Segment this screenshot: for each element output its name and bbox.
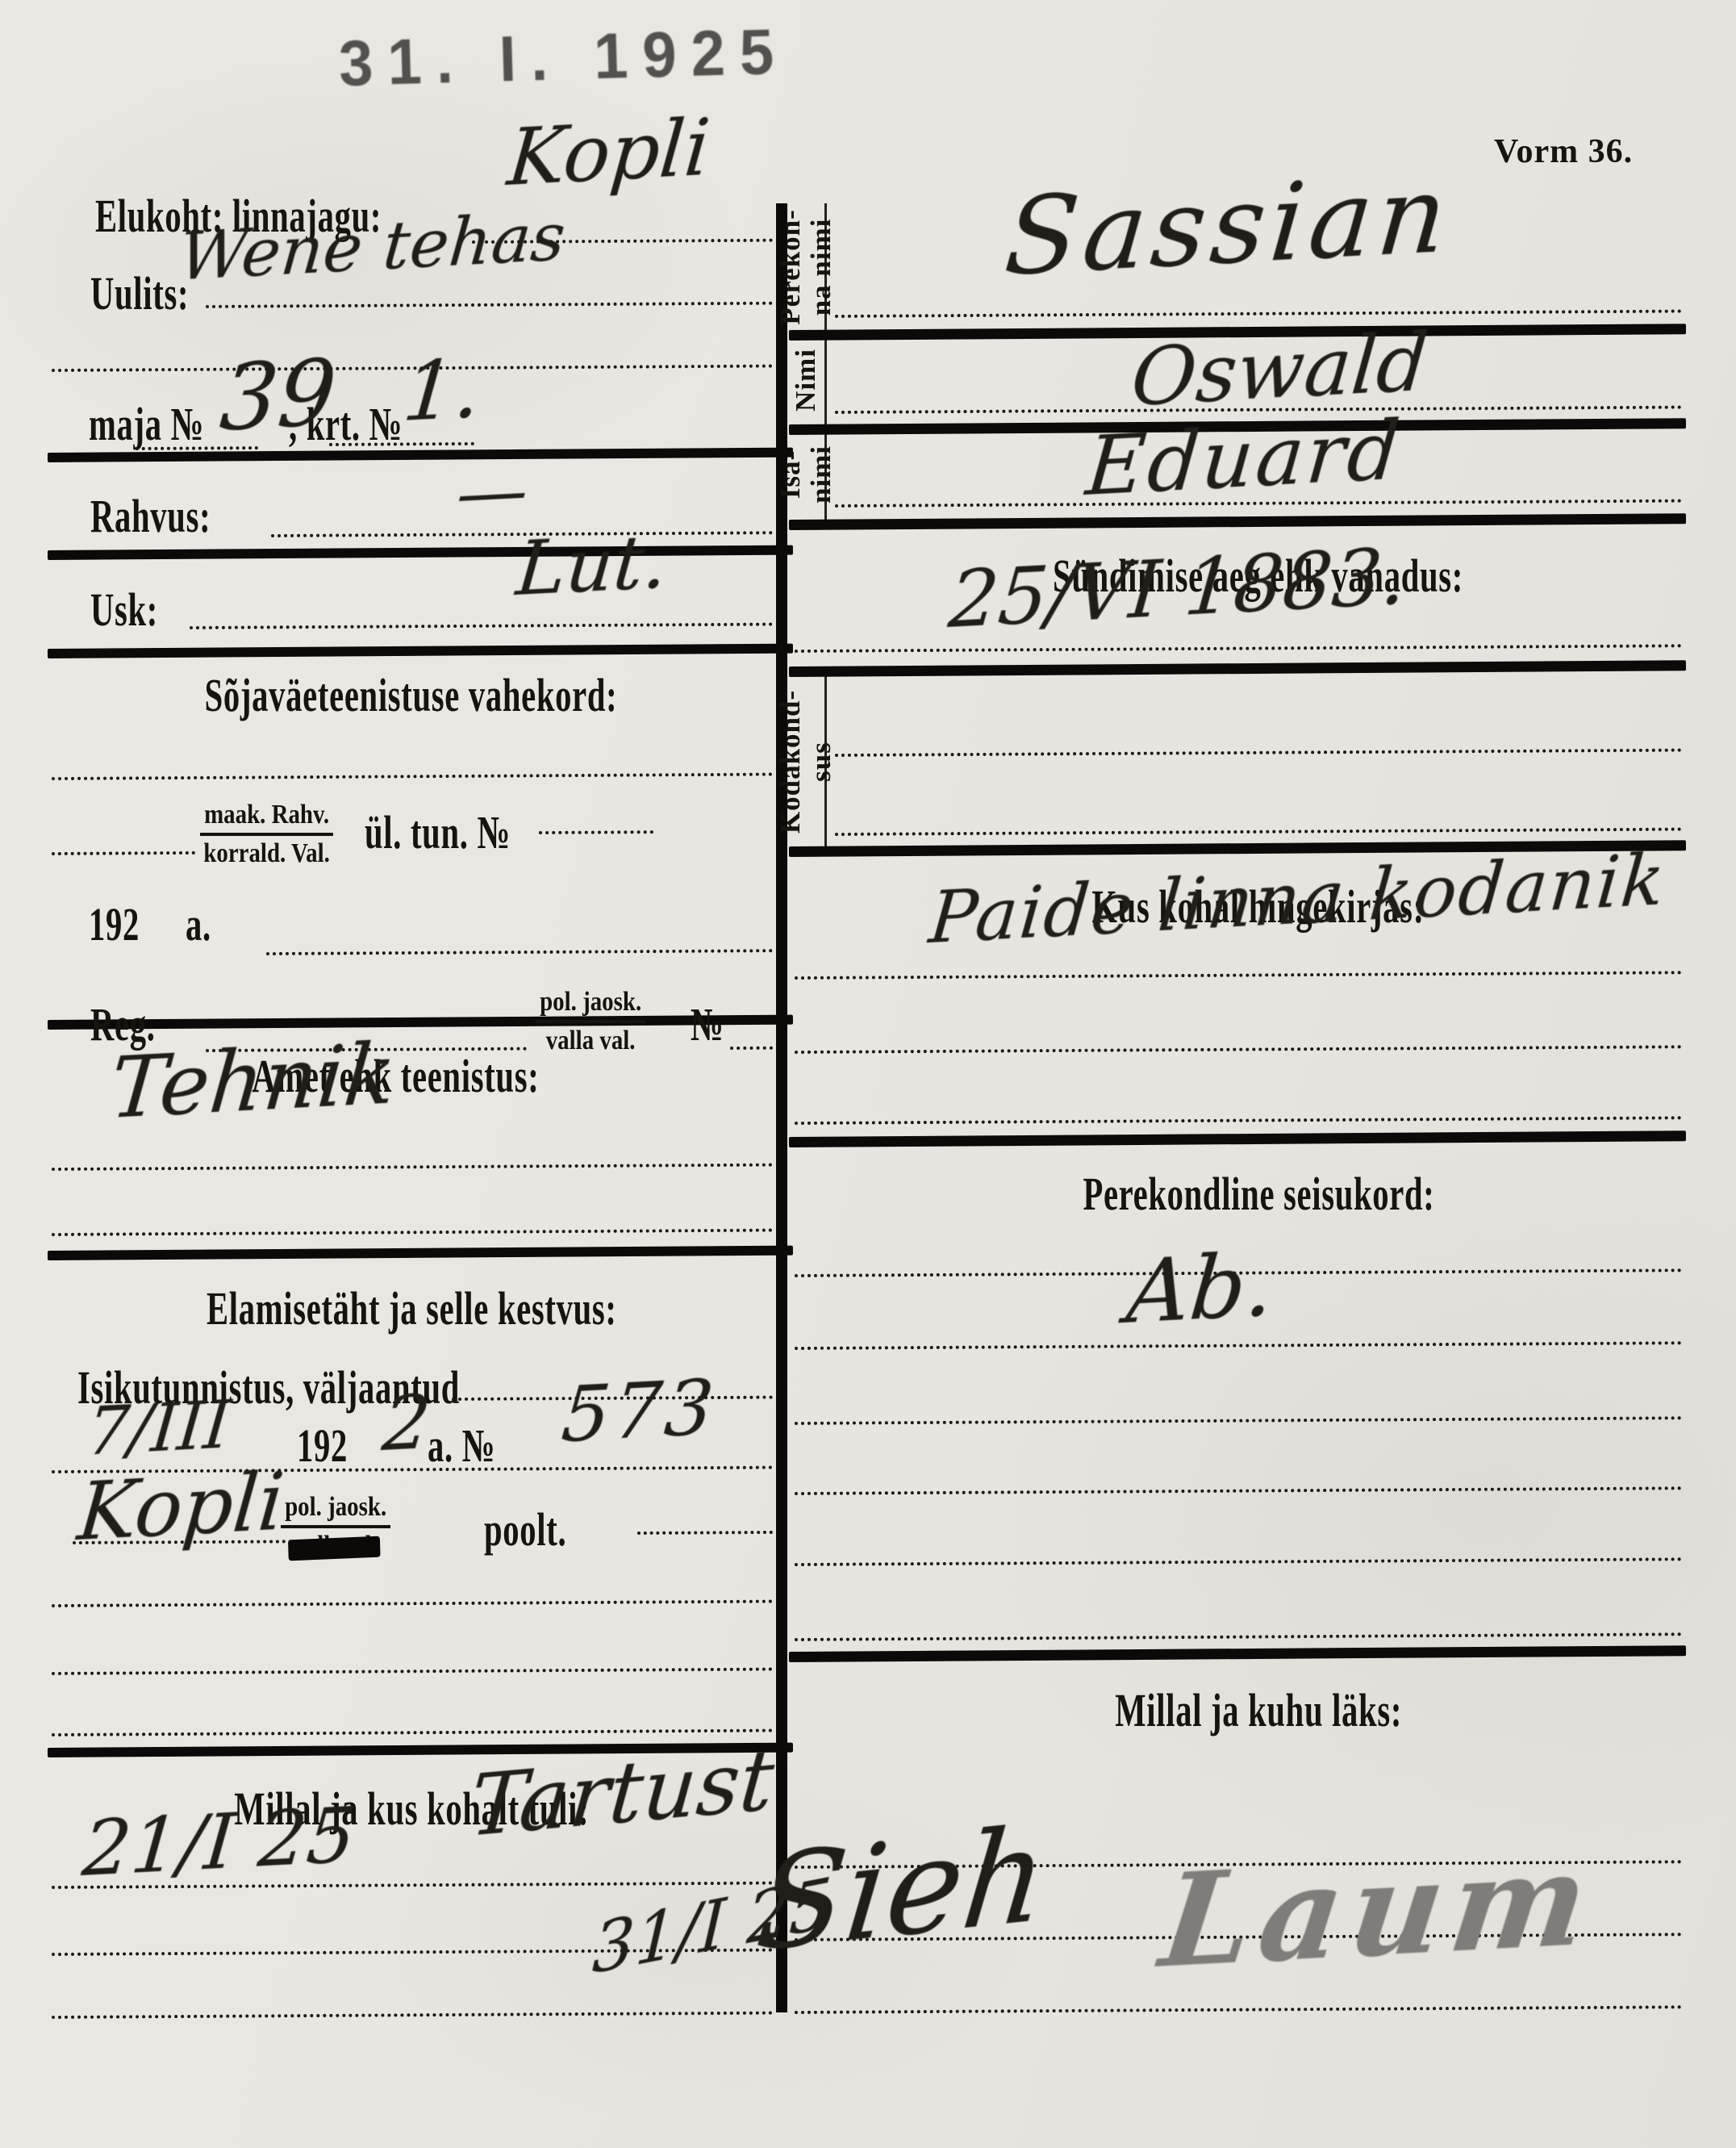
dotted-line	[795, 1486, 1682, 1495]
nimi-label: Nimi	[791, 349, 821, 412]
rule-line	[48, 545, 793, 560]
dotted-line	[795, 1632, 1682, 1641]
isanimi-label: Isa- nimi	[775, 445, 837, 504]
issuer-place-handwriting: Kopli	[74, 1456, 288, 1559]
seisukord-heading: Perekondline seisukord:	[831, 1167, 1686, 1221]
official-signature-ink: Sieh	[750, 1797, 1054, 1981]
a-label: a.	[186, 897, 211, 951]
issued-a-no-label: a. №	[428, 1419, 495, 1473]
perekonnanimi-label: Perekon- na nimi	[775, 209, 837, 324]
tuli-date-handwriting: 21/I 25	[79, 1791, 359, 1894]
dotted-line	[795, 971, 1682, 980]
perekonnanimi-handwriting: Sassian	[1000, 152, 1456, 300]
elukoht-handwriting: Kopli	[504, 102, 713, 203]
krt-handwriting: 1.	[399, 341, 485, 440]
dotted-line	[795, 644, 1682, 653]
form-number: Vorm 36.	[1494, 132, 1633, 171]
reg-no-sign: №	[691, 997, 724, 1051]
rule-line	[789, 1645, 1686, 1662]
issued-year-handwriting: 2	[379, 1378, 434, 1468]
dotted-line	[52, 1164, 773, 1171]
issued-date-handwriting: 7/III	[84, 1386, 233, 1471]
nimi-label-box: Nimi	[787, 335, 824, 424]
rahvus-handwriting: —	[453, 448, 532, 535]
registration-card: 31. I. 1925 Vorm 36. Elukoht: linnajagu:…	[0, 0, 1736, 2148]
sojavae-heading: Sõjaväeteenistuse vahekord:	[48, 668, 774, 722]
usk-handwriting: Lut.	[513, 518, 671, 612]
dotted-line	[835, 310, 1682, 318]
dotted-line	[52, 1229, 773, 1236]
dotted-line	[52, 1668, 773, 1675]
uulits-label: Uulits:	[90, 266, 189, 320]
elamisetaht-heading: Elamisetäht ja selle kestvus:	[48, 1281, 774, 1335]
maja-handwriting: 39	[216, 341, 340, 452]
issuer-fraction: pol. jaosk. vallaval.	[281, 1491, 390, 1562]
rahvus-label: Rahvus:	[90, 489, 211, 543]
ul-tun-label: ül. tun. №	[365, 805, 511, 859]
rule-line	[48, 1246, 793, 1260]
dotted-line	[795, 1116, 1682, 1125]
dotted-line	[795, 1416, 1682, 1425]
maak-rahv-fraction: maak. Rahv. korrald. Val.	[200, 799, 333, 870]
rule-line	[789, 1130, 1686, 1147]
dotted-line	[795, 1341, 1682, 1350]
dotted-line	[52, 1600, 773, 1607]
hingekiri-handwriting: Paide linna kodanik	[926, 838, 1669, 959]
kodakondsus-label: Kodakond- sus	[775, 690, 837, 834]
dotted-line	[52, 1729, 773, 1736]
dotted-line	[52, 2012, 773, 2019]
kodakondsus-label-box: Kodakond- sus	[787, 677, 824, 846]
rule-line	[789, 513, 1686, 530]
isanimi-handwriting: Eduard	[1083, 403, 1406, 514]
dotted-line	[795, 1557, 1682, 1566]
dotted-line	[795, 2005, 1682, 2014]
dotted-line	[795, 1045, 1682, 1054]
rule-line	[789, 660, 1686, 677]
date-stamp: 31. I. 1925	[338, 15, 790, 101]
usk-label: Usk:	[90, 583, 158, 637]
maja-label: maja №	[89, 397, 204, 451]
dotted-line	[266, 949, 773, 955]
laks-heading: Millal ja kuhu läks:	[831, 1683, 1686, 1737]
dotted-line	[190, 623, 773, 629]
dotted-line	[539, 830, 653, 834]
sundimine-handwriting: 25/VI 1883.	[945, 531, 1410, 646]
dotted-line	[52, 773, 773, 780]
year-192-label: 192	[89, 897, 140, 951]
dotted-line	[835, 828, 1682, 836]
perekonnanimi-label-box: Perekon- na nimi	[787, 203, 824, 330]
issued-number-handwriting: 573	[558, 1363, 720, 1460]
official-signature-pencil: Laum	[1154, 1824, 1604, 1997]
dotted-line	[206, 302, 773, 308]
dotted-line	[835, 749, 1682, 757]
dotted-line	[637, 1531, 773, 1535]
amet-handwriting: Tehnik	[106, 1024, 399, 1138]
rule-line	[48, 644, 793, 658]
pol-jaosk-fraction: pol. jaosk. valla val.	[536, 986, 645, 1057]
dotted-line	[52, 851, 195, 855]
issued-year-printed: 192	[297, 1419, 348, 1473]
seisukord-handwriting: Ab.	[1123, 1235, 1278, 1344]
isanimi-label-box: Isa- nimi	[787, 429, 824, 520]
poolt-label: poolt.	[484, 1502, 566, 1557]
rule-line	[48, 1015, 793, 1030]
